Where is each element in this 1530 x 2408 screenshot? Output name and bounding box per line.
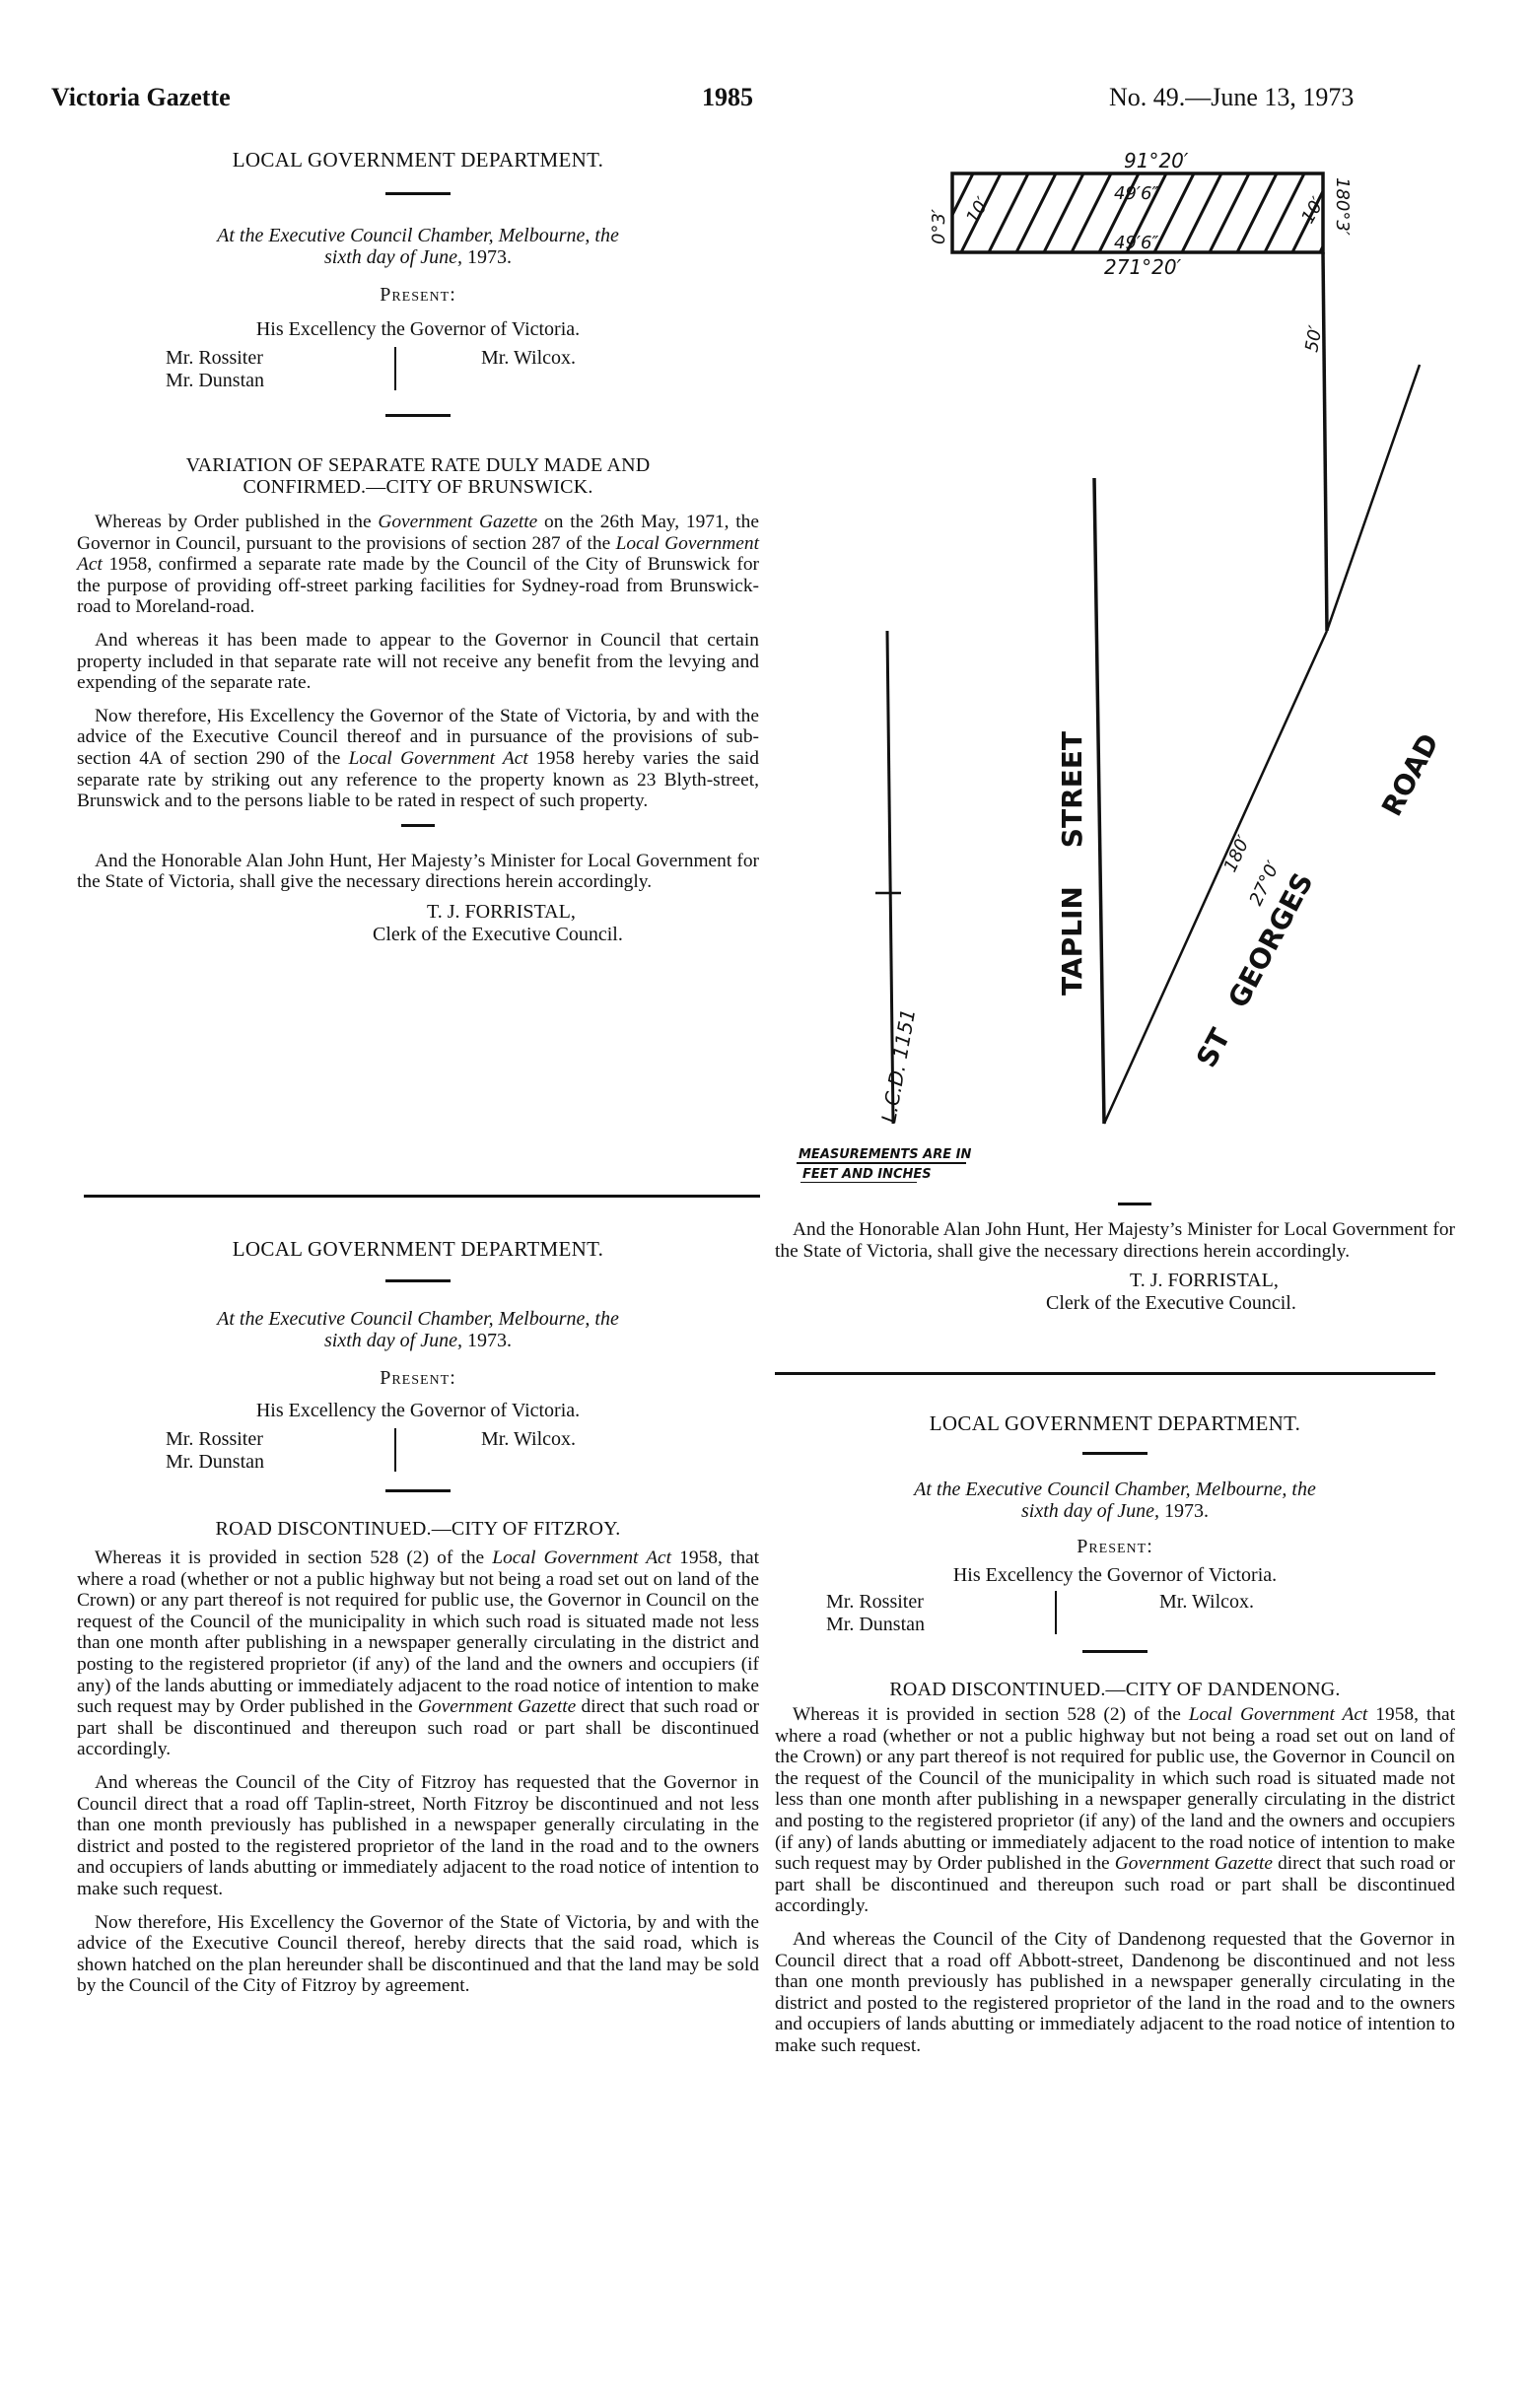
bearing-top: 91°20′: [1124, 149, 1189, 172]
notice-body: Whereas it is provided in section 528 (2…: [775, 1704, 1455, 2057]
members-list: Mr. Rossiter Mr. Dunstan Mr. Wilcox.: [775, 1591, 1455, 1638]
paragraph: And whereas the Council of the City of D…: [775, 1929, 1455, 2057]
divider: [385, 1489, 451, 1492]
publication-title: Victoria Gazette: [51, 83, 231, 112]
department-heading: LOCAL GOVERNMENT DEPARTMENT.: [77, 1237, 759, 1262]
governor-line: His Excellency the Governor of Victoria.: [775, 1564, 1455, 1587]
divider: [401, 824, 435, 827]
members-list: Mr. Rossiter Mr. Dunstan Mr. Wilcox.: [77, 347, 759, 394]
minister-paragraph: And the Honorable Alan John Hunt, Her Ma…: [77, 851, 759, 893]
issue-date: No. 49.—June 13, 1973: [1109, 83, 1354, 112]
present-label: Present:: [775, 1536, 1455, 1558]
measurement-note-2: FEET AND INCHES: [802, 1167, 932, 1182]
member-divider: [394, 1428, 396, 1472]
street-label: TAPLIN STREET: [1056, 731, 1088, 996]
notice-fitzroy: LOCAL GOVERNMENT DEPARTMENT. At the Exec…: [77, 1237, 759, 2009]
minister-paragraph: And the Honorable Alan John Hunt, Her Ma…: [775, 1219, 1455, 1262]
divider: [1118, 1203, 1151, 1205]
signatory-title: Clerk of the Executive Council.: [1046, 1292, 1455, 1315]
paragraph: Whereas it is provided in section 528 (2…: [77, 1548, 759, 1760]
lcd-label: L.C.D. 1151: [876, 1007, 920, 1125]
notice-title: ROAD DISCONTINUED.—CITY OF DANDENONG.: [775, 1679, 1455, 1700]
paragraph: And whereas the Council of the City of F…: [77, 1772, 759, 1900]
notice-body: Whereas it is provided in section 528 (2…: [77, 1548, 759, 1997]
present-label: Present:: [77, 284, 759, 307]
paragraph: Whereas by Order published in the Govern…: [77, 512, 759, 618]
governor-line: His Excellency the Governor of Victoria.: [77, 318, 759, 341]
bearing-left: 0°3′: [929, 209, 949, 244]
paragraph: Whereas it is provided in section 528 (2…: [775, 1704, 1455, 1917]
page-number: 1985: [702, 83, 753, 112]
divider: [1082, 1452, 1147, 1455]
signatory-title: Clerk of the Executive Council.: [373, 924, 759, 946]
plan-svg: 91°20′ 49′6″ 49′6″ 271°20′ 0°3′ 10′ 10′ …: [779, 138, 1469, 1183]
signatory: T. J. FORRISTAL,: [427, 901, 759, 924]
section-rule: [84, 1195, 760, 1198]
notice-dandenong: LOCAL GOVERNMENT DEPARTMENT. At the Exec…: [775, 1411, 1455, 2069]
bearing-bottom: 271°20′: [1104, 255, 1182, 279]
member-divider: [1055, 1591, 1057, 1634]
bearing-right: 180°3′: [1332, 177, 1353, 236]
member-divider: [394, 347, 396, 390]
present-label: Present:: [77, 1367, 759, 1390]
paragraph: And whereas it has been made to appear t…: [77, 630, 759, 694]
notice-brunswick: LOCAL GOVERNMENT DEPARTMENT. At the Exec…: [77, 148, 759, 946]
chamber-line: At the Executive Council Chamber, Melbou…: [77, 1308, 759, 1351]
divider: [385, 1279, 451, 1282]
length-bottom: 49′6″: [1114, 233, 1158, 253]
measurement-note-1: MEASUREMENTS ARE IN: [799, 1147, 971, 1162]
road-length: 180′: [1219, 832, 1254, 875]
divider: [385, 414, 451, 417]
road-plan-diagram: 91°20′ 49′6″ 49′6″ 271°20′ 0°3′ 10′ 10′ …: [779, 138, 1469, 1183]
notice-body: Whereas by Order published in the Govern…: [77, 512, 759, 812]
paragraph: Now therefore, His Excellency the Govern…: [77, 706, 759, 812]
members-list: Mr. Rossiter Mr. Dunstan Mr. Wilcox.: [77, 1428, 759, 1476]
road-label-2: ROAD: [1375, 728, 1445, 822]
chamber-line: At the Executive Council Chamber, Melbou…: [775, 1479, 1455, 1522]
divider: [1082, 1650, 1147, 1653]
department-heading: LOCAL GOVERNMENT DEPARTMENT.: [77, 148, 759, 172]
divider: [385, 192, 451, 195]
paragraph: Now therefore, His Excellency the Govern…: [77, 1912, 759, 1997]
length-top: 49′6″: [1114, 183, 1158, 204]
notice-title: VARIATION OF SEPARATE RATE DULY MADE AND…: [77, 454, 759, 498]
chamber-line: At the Executive Council Chamber, Melbou…: [77, 225, 759, 268]
signatory: T. J. FORRISTAL,: [1130, 1270, 1455, 1292]
department-heading: LOCAL GOVERNMENT DEPARTMENT.: [775, 1411, 1455, 1436]
governor-line: His Excellency the Governor of Victoria.: [77, 1400, 759, 1422]
section-rule: [775, 1372, 1435, 1375]
notice-title: ROAD DISCONTINUED.—CITY OF FITZROY.: [77, 1518, 759, 1540]
notice-fitzroy-tail: And the Honorable Alan John Hunt, Her Ma…: [775, 1203, 1455, 1315]
